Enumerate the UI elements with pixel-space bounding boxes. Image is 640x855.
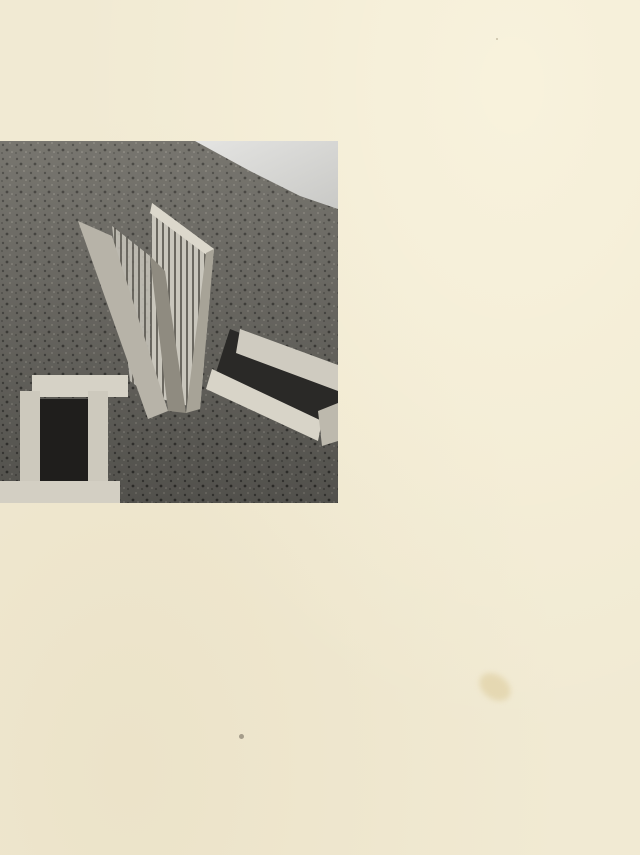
paper-blemish [496, 38, 498, 40]
photograph [0, 141, 338, 503]
paper-stain [474, 667, 516, 706]
photograph-image [0, 141, 338, 503]
paper-blemish [239, 734, 244, 739]
album-page [0, 0, 640, 855]
